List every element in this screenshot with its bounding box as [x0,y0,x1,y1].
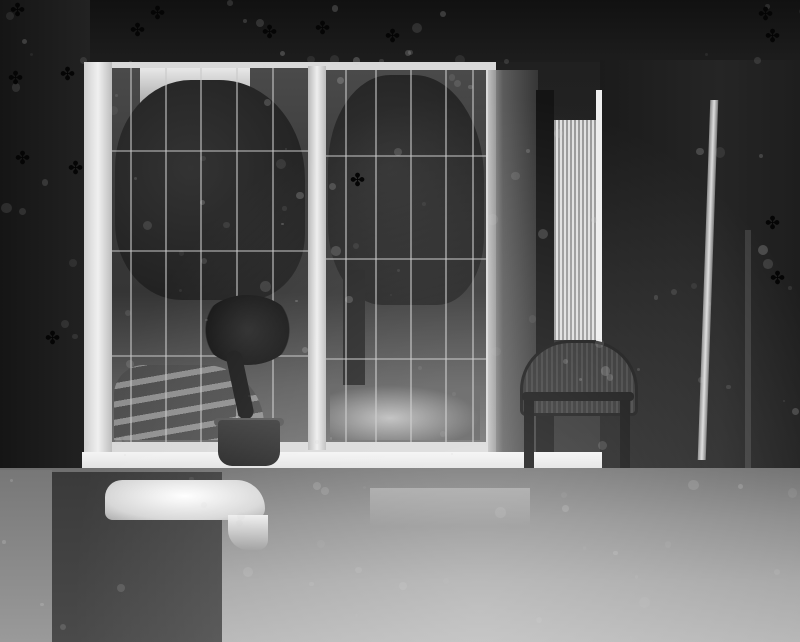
dust-speck [591,217,597,223]
dust-speck [449,74,455,80]
dust-speck [562,505,568,511]
dust-speck [468,85,472,89]
film-blotch: ✤ [770,270,785,288]
dust-speck [295,300,297,302]
dust-speck [302,347,308,353]
dust-speck [321,487,328,494]
dust-speck [313,482,321,490]
dust-speck [332,5,338,11]
dust-speck [705,53,708,56]
dust-speck [418,366,422,370]
dust-speck [115,438,122,445]
dust-speck [529,315,536,322]
dust-speck [200,156,205,161]
dust-speck [788,286,792,290]
film-blotch: ✤ [765,28,780,46]
dust-speck [2,540,6,544]
dust-speck [491,347,500,356]
film-blotch: ✤ [130,22,145,40]
dust-speck [696,148,704,156]
dust-speck [607,374,614,381]
dust-speck [526,149,530,153]
film-blotch: ✤ [315,20,330,38]
dust-speck [715,147,726,158]
dust-speck [422,202,426,206]
dust-speck [454,80,461,87]
dust-speck [345,296,353,304]
dust-speck [276,159,286,169]
film-blotch: ✤ [15,150,30,168]
film-blotch: ✤ [10,2,25,20]
dust-speck [563,359,568,364]
dust-speck [783,400,785,402]
dust-speck [774,569,780,575]
dust-speck [282,206,286,210]
dust-speck [330,437,332,439]
light-haze [0,0,800,642]
dust-speck [227,0,233,6]
dust-speck [688,480,698,490]
dust-speck [237,512,245,520]
dust-speck [639,597,650,608]
film-blotch: ✤ [758,6,773,24]
film-blotch: ✤ [8,70,23,88]
dust-speck [538,229,548,239]
dust-speck [264,99,271,106]
film-blotch: ✤ [45,330,60,348]
dust-speck [337,77,344,84]
dust-speck [330,55,339,64]
dust-speck [42,179,48,185]
dust-speck [124,454,126,456]
dust-speck [353,57,360,64]
dust-speck [243,19,247,23]
dust-speck [671,289,677,295]
dust-speck [455,55,465,65]
film-blotch: ✤ [765,215,780,233]
dust-speck [443,578,449,584]
dust-speck [399,582,407,590]
dust-speck [19,208,26,215]
dust-speck [495,507,505,517]
dust-speck [22,39,27,44]
dust-speck [309,582,314,587]
film-blotch: ✤ [350,172,365,190]
dust-speck [353,243,359,249]
dust-speck [487,214,498,225]
film-blotch: ✤ [262,24,277,42]
dust-speck [179,250,185,256]
film-blotch: ✤ [68,160,83,178]
dust-speck [317,540,325,548]
dust-speck [260,281,271,292]
dust-speck [72,334,77,339]
dust-speck [355,567,362,574]
film-blotch: ✤ [150,5,165,23]
dust-speck [281,223,283,225]
film-blotch: ✤ [385,28,400,46]
dust-speck [69,259,77,267]
dust-speck [363,486,366,489]
dust-speck [440,11,446,17]
dust-speck [635,575,638,578]
dust-speck [201,502,207,508]
photograph: Grainy black-and-white film photograph o… [0,0,800,642]
dust-speck [329,183,336,190]
film-blotch: ✤ [60,66,75,84]
dust-speck [115,94,118,97]
dust-speck [561,492,567,498]
dust-speck [117,584,125,592]
dust-speck [595,339,604,348]
dust-speck [331,246,341,256]
dust-speck [379,59,383,63]
dust-speck [792,408,799,415]
dust-speck [583,546,586,549]
dust-speck [788,488,797,497]
